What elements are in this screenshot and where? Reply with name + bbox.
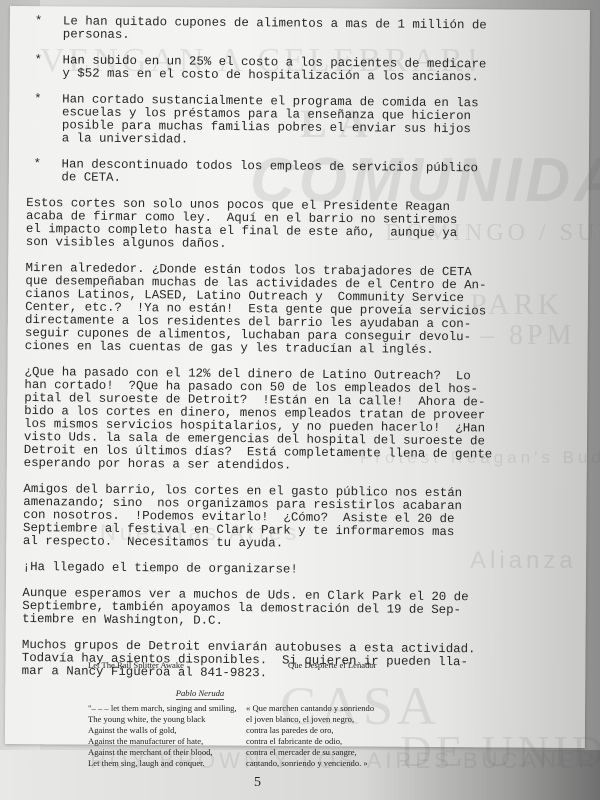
bullet-list: *Le han quitado cupones de alimentos a m… [26, 15, 548, 189]
page-number: 5 [254, 775, 261, 791]
text-line: ¡Ha llegado el tiempo de organizarse! [23, 561, 543, 579]
poem-line: contra las paredes de oro, [246, 725, 374, 736]
poem-line: contra el mercader de su sangre, [246, 747, 374, 758]
paragraph-list: Estos cortes son solo unos pocos que el … [22, 197, 547, 683]
bullet-item: *Han descontinuado todos los empleos de … [26, 158, 546, 189]
poem-line: cantando, sonriendo y venciendo. » [246, 758, 374, 769]
asterisk-bullet-icon: * [34, 93, 42, 106]
asterisk-bullet-icon: * [34, 158, 42, 171]
text-line: y $52 mas en el costo de hospitalización… [62, 67, 547, 85]
poem-line: The young white, the young black [88, 714, 237, 725]
bullet-item: *Han cortado sustancialmente el programa… [27, 93, 547, 150]
paragraph: Aunque esperamos ver a muchos de Uds. en… [22, 587, 542, 631]
poem-line: Against the manufacturer of hate, [88, 736, 237, 747]
bullet-item: *Le han quitado cupones de alimentos a m… [28, 15, 548, 46]
asterisk-bullet-icon: * [35, 15, 43, 28]
poem-english-column: "– – – let them march, singing and smili… [88, 703, 237, 769]
paragraph: Amigos del barrio, los cortes en el gast… [23, 483, 544, 553]
poem-line: Against the walls of gold, [88, 725, 237, 736]
bullet-item: *Han subido en un 25% el costo a los pac… [27, 54, 547, 85]
poem-line: el joven blanco, el joven negro, [246, 714, 374, 725]
poem-line: « Que marchen cantando y sonriendo [246, 703, 374, 714]
poem-line: contra el fabricante de odio, [246, 736, 374, 747]
poem-spanish-column: « Que marchen cantando y sonriendoel jov… [246, 703, 374, 769]
paragraph: Miren alrededor. ¿Donde están todos los … [25, 262, 546, 358]
poem-author-name: Pablo Neruda [176, 688, 224, 700]
paragraph: ¡Ha llegado el tiempo de organizarse! [23, 561, 543, 579]
poem-line: "– – – let them march, singing and smili… [88, 703, 237, 714]
typewritten-body: *Le han quitado cupones de alimentos a m… [22, 15, 548, 696]
paragraph: Estos cortes son solo unos pocos que el … [26, 197, 546, 254]
paragraph: ¿Que ha pasado con el 12% del dinero de … [24, 366, 545, 475]
poem-line: Let them sing, laugh and conquer. [88, 758, 237, 769]
poem-excerpt: Let The Rail Splitter Awake Que Despiert… [88, 660, 498, 773]
poem-title-spanish: Que Despierte el Leñador [288, 660, 377, 671]
poem-title-english: Let The Rail Splitter Awake [88, 660, 184, 671]
asterisk-bullet-icon: * [35, 54, 43, 67]
poem-author: Pablo Neruda [40, 688, 360, 699]
poem-line: Against the merchant of their blood, [88, 747, 237, 758]
